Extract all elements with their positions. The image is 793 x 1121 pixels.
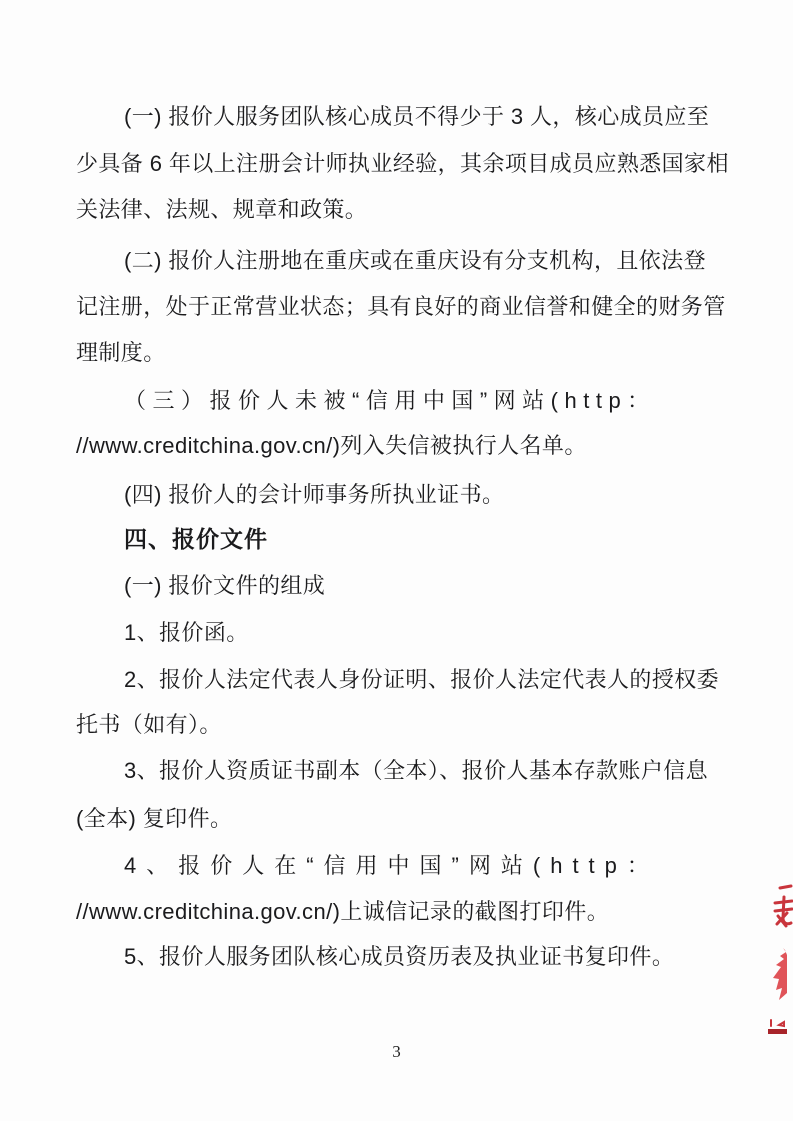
paragraph-2-line-2: 记注册，处于正常营业状态；具有良好的商业信誉和健全的财务管 [76,292,736,322]
paragraph-1-line-1: (一) 报价人服务团队核心成员不得少于 3 人，核心成员应至 [76,102,784,132]
list-item-2-line-1: 2、报价人法定代表人身份证明、报价人法定代表人的授权委 [76,665,784,695]
list-item-5: 5、报价人服务团队核心成员资历表及执业证书复印件。 [76,942,784,972]
paragraph-4-line-1: (四) 报价人的会计师事务所执业证书。 [76,480,784,510]
paragraph-2-line-3: 理制度。 [76,338,736,368]
stamp-star-fragment-icon [768,947,790,1001]
paragraph-3-line-1: （三）报价人未被“信用中国”网站(http： [76,386,784,416]
stamp-character-fragment-icon [762,880,793,936]
list-item-3-line-1: 3、报价人资质证书副本（全本）、报价人基本存款账户信息 [76,756,784,786]
page-number: 3 [0,1042,793,1062]
stamp-small-marks-icon [762,1016,792,1040]
section-heading: 四、报价文件 [76,524,784,554]
list-item-4-line-2: //www.creditchina.gov.cn/)上诚信记录的截图打印件。 [76,897,736,927]
paragraph-1-line-2: 少具备 6 年以上注册会计师执业经验，其余项目成员应熟悉国家相 [76,149,736,179]
paragraph-2-line-1: (二) 报价人注册地在重庆或在重庆设有分支机构，且依法登 [76,246,784,276]
document-page: (一) 报价人服务团队核心成员不得少于 3 人，核心成员应至 少具备 6 年以上… [0,0,793,1121]
list-item-2-line-2: 托书（如有）。 [76,710,736,740]
paragraph-1-line-3: 关法律、法规、规章和政策。 [76,195,736,225]
list-item-1: 1、报价函。 [76,618,784,648]
subsection-heading: (一) 报价文件的组成 [76,571,784,601]
list-item-3-line-2: (全本) 复印件。 [76,804,736,834]
paragraph-3-line-2: //www.creditchina.gov.cn/)列入失信被执行人名单。 [76,431,736,461]
list-item-4-line-1: 4、报价人在“信用中国”网站(http： [76,851,784,881]
